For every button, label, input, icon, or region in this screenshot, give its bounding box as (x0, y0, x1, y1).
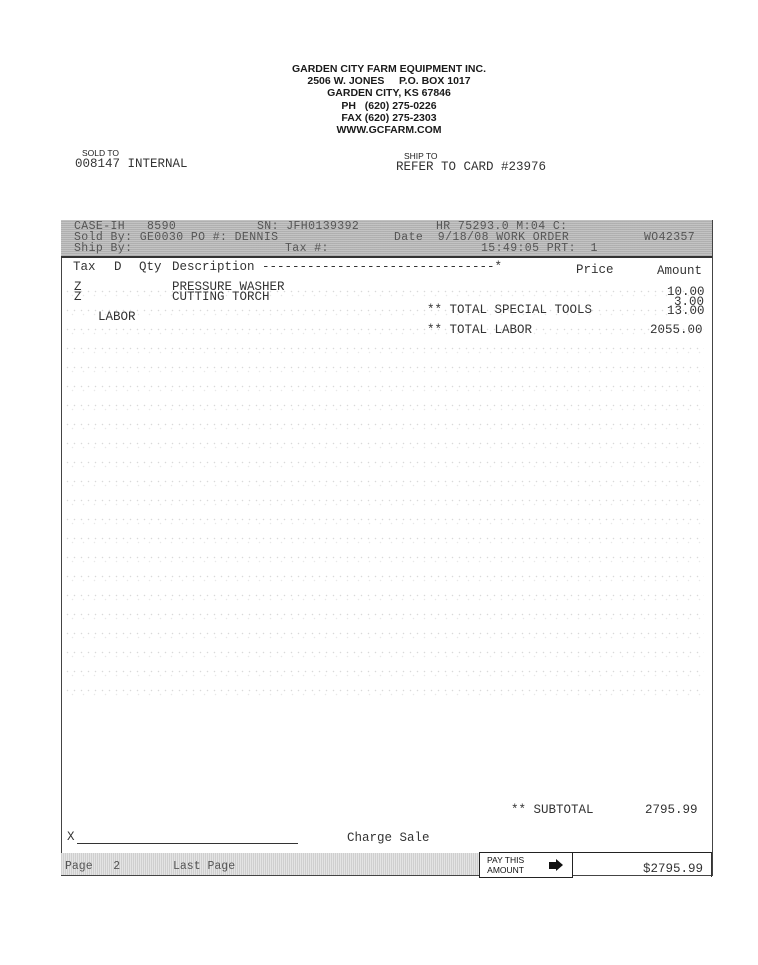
sold-to-value: 008147 INTERNAL (75, 157, 188, 171)
footer-bar: Page 2 Last Page (61, 853, 479, 875)
line-description: ** TOTAL SPECIAL TOOLS (427, 305, 592, 315)
print-time: 15:49:05 PRT: 1 (481, 243, 598, 254)
subtotal-label: ** SUBTOTAL (511, 803, 594, 817)
tax-number: Tax #: (285, 243, 329, 254)
company-phone: PH (620) 275-0226 (0, 100, 758, 112)
redacted-area (64, 282, 704, 702)
company-city: GARDEN CITY, KS 67846 (0, 87, 758, 99)
page-number: Page 2 (65, 860, 120, 873)
signature-mark: X (67, 830, 75, 844)
subtotal-value: 2795.99 (645, 803, 698, 817)
work-order-header-bar: CASE-IH 8590 SN: JFH0139392 HR 75293.0 M… (61, 220, 712, 258)
pay-label-line2: AMOUNT (487, 865, 524, 875)
sale-type: Charge Sale (347, 831, 430, 845)
col-tax: Tax (73, 260, 96, 274)
col-d: D (114, 260, 122, 274)
line-amount: 13.00 (667, 306, 705, 316)
line-description: ** TOTAL LABOR (427, 325, 532, 335)
signature-line-end (282, 843, 298, 844)
total-due: $2795.99 (643, 862, 703, 876)
col-amount: Amount (657, 264, 702, 278)
line-description: CUTTING TORCH (172, 292, 270, 302)
work-order-number: WO42357 (644, 232, 695, 243)
col-qty: Qty (139, 260, 162, 274)
company-fax: FAX (620) 275-2303 (0, 112, 758, 124)
ship-to-value: REFER TO CARD #23976 (396, 160, 546, 174)
signature-line[interactable] (77, 843, 297, 844)
last-page-label: Last Page (173, 860, 235, 873)
company-address: 2506 W. JONES P.O. BOX 1017 (0, 75, 758, 87)
total-due-box: $2795.99 (572, 852, 712, 877)
company-header: GARDEN CITY FARM EQUIPMENT INC. 2506 W. … (0, 63, 758, 136)
col-description: Description ----------------------------… (172, 260, 502, 274)
company-name: GARDEN CITY FARM EQUIPMENT INC. (0, 63, 758, 75)
line-tax: Z (74, 292, 82, 302)
col-price: Price (576, 263, 614, 277)
pay-label-line1: PAY THIS (487, 855, 524, 865)
line-description: LABOR (98, 312, 136, 322)
pay-this-amount-label: PAY THIS AMOUNT (487, 855, 524, 875)
line-amount: 2055.00 (650, 325, 703, 335)
pay-this-amount-box: PAY THIS AMOUNT (479, 852, 573, 878)
company-website: WWW.GCFARM.COM (0, 124, 758, 136)
ship-by: Ship By: (74, 243, 132, 254)
